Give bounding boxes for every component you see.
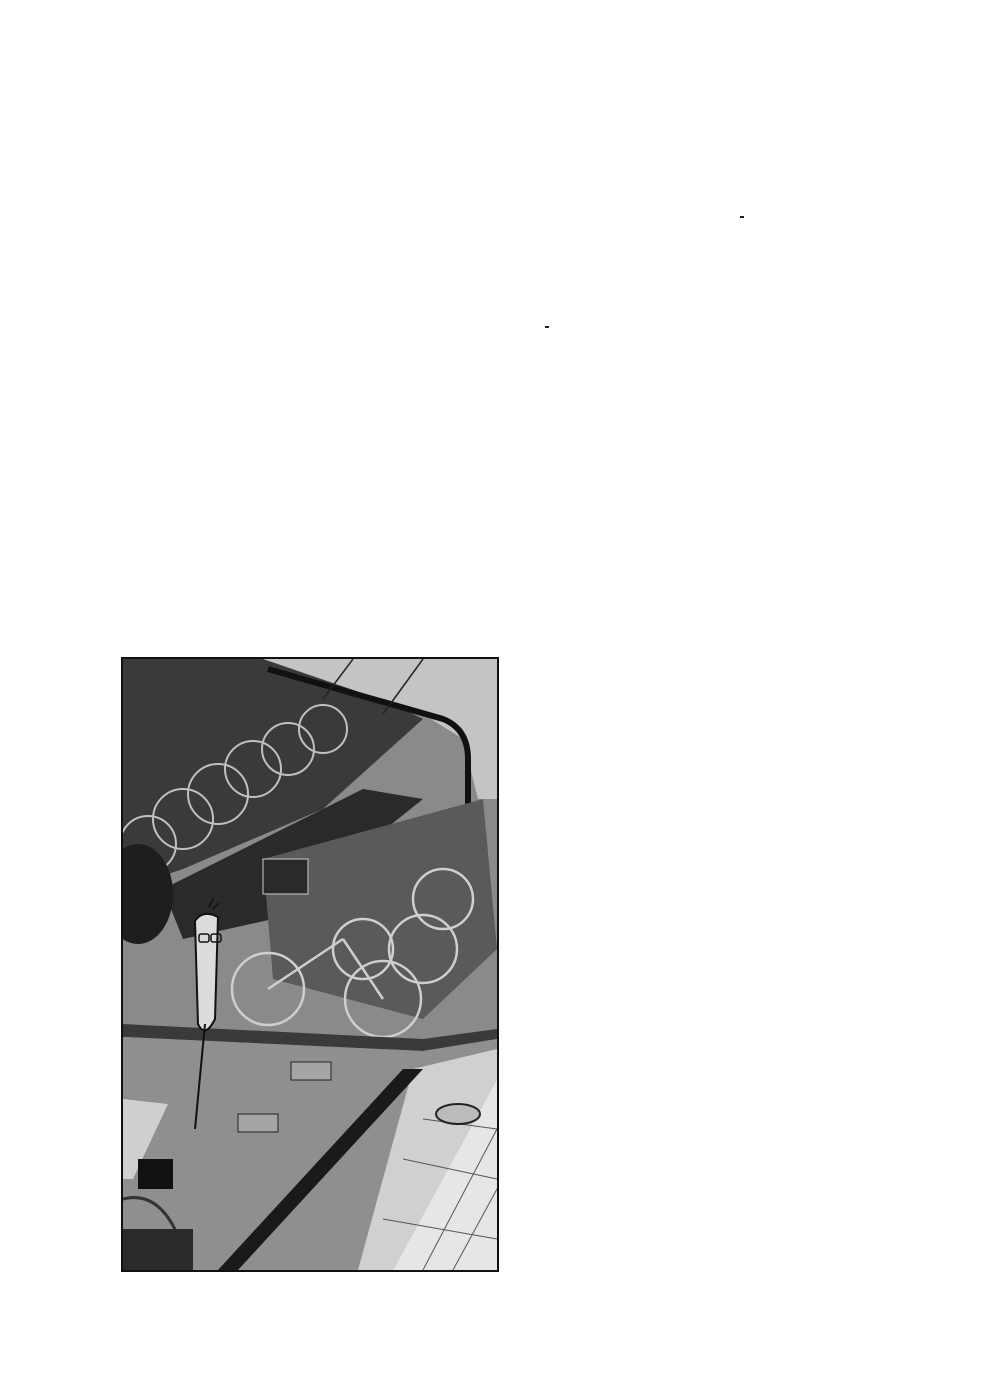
stray-mark-1: [740, 216, 744, 218]
manga-panel: [121, 657, 499, 1272]
stray-mark-2: [545, 326, 549, 328]
manhole-cover: [436, 1104, 480, 1124]
panel-illustration: [123, 659, 497, 1270]
